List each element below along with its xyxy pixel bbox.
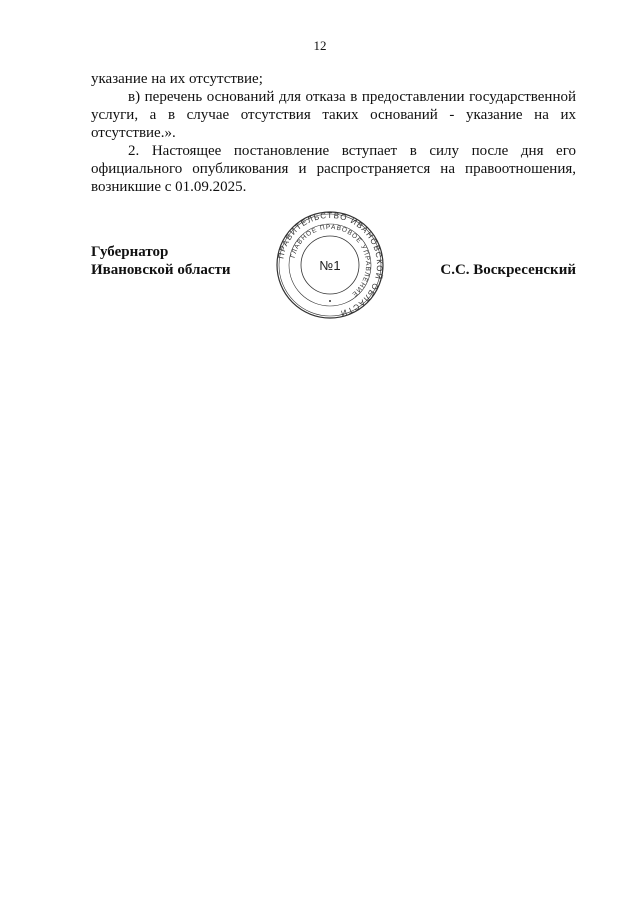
signatory-title: Губернатор Ивановской области — [91, 243, 231, 279]
paragraph-item-v: в) перечень оснований для отказа в предо… — [91, 88, 576, 142]
paragraph-continuation: указание на их отсутствие; — [91, 70, 576, 88]
paragraph-item-2: 2. Настоящее постановление вступает в си… — [91, 142, 576, 196]
signatory-title-line1: Губернатор — [91, 243, 231, 261]
signatory-title-line2: Ивановской области — [91, 261, 231, 279]
page-number: 12 — [0, 38, 640, 54]
signatory-name: С.С. Воскресенский — [440, 261, 576, 279]
document-body: указание на их отсутствие; в) перечень о… — [91, 70, 576, 196]
stamp-center-text: №1 — [319, 258, 340, 273]
stamp-seal-icon: ПРАВИТЕЛЬСТВО ИВАНОВСКОЙ ОБЛАСТИ ГЛАВНОЕ… — [270, 210, 390, 320]
official-stamp: ПРАВИТЕЛЬСТВО ИВАНОВСКОЙ ОБЛАСТИ ГЛАВНОЕ… — [270, 210, 390, 320]
